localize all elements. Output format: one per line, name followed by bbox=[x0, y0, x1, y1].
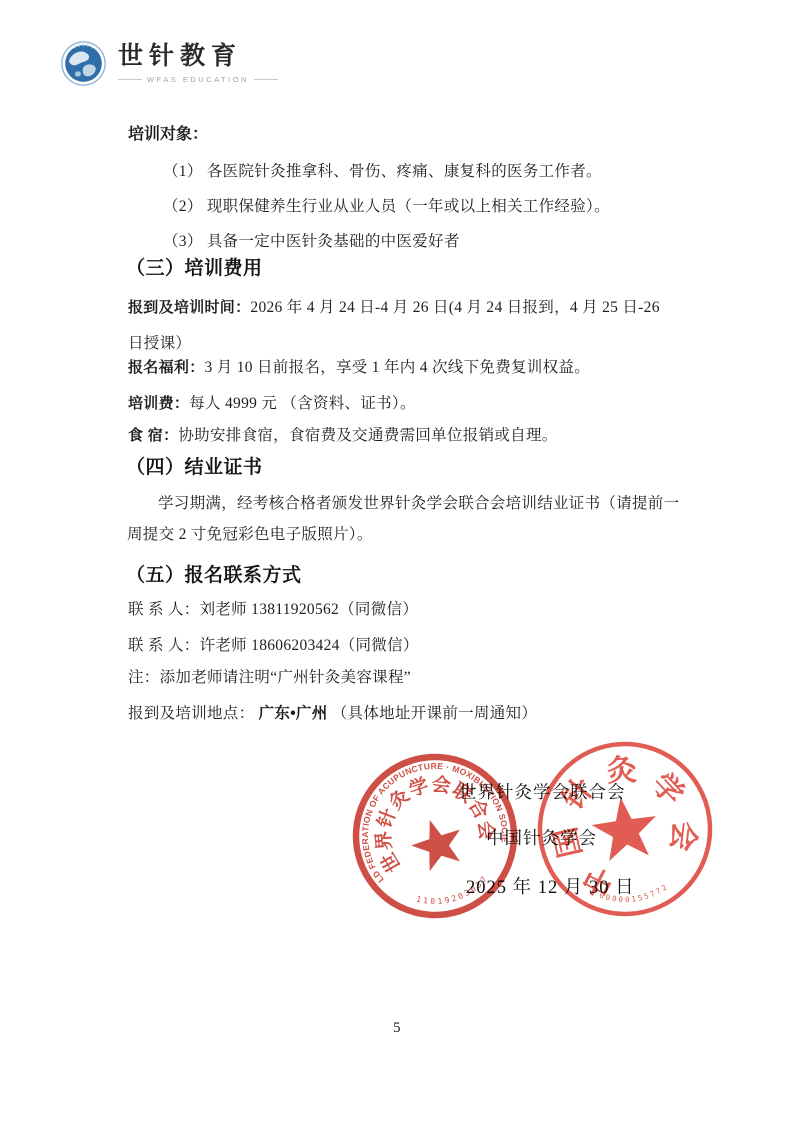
caam-char-5: 学 bbox=[645, 767, 690, 811]
time-label: 报到及培训时间： bbox=[128, 299, 250, 316]
time-text: 2026 年 4 月 24 日-4 月 26 日(4 月 24 日报到，4 月 … bbox=[250, 299, 659, 316]
wfas-stamp: WORLD FEDERATION OF ACUPUNCTURE · MOXIBU… bbox=[335, 736, 534, 935]
location-value: 广东•广州 bbox=[259, 705, 328, 722]
benefit-line: 报名福利：3 月 10 日前报名，享受 1 年内 4 次线下免费复训权益。 bbox=[128, 355, 590, 377]
location-line: 报到及培训地点： 广东•广州 （具体地址开课前一周通知） bbox=[128, 701, 537, 723]
star-icon bbox=[588, 793, 661, 863]
section3-heading: （三）培训费用 bbox=[126, 253, 263, 280]
time-line: 报到及培训时间：2026 年 4 月 24 日-4 月 26 日(4 月 24 … bbox=[128, 295, 660, 317]
time-line-2: 日授课） bbox=[128, 331, 191, 353]
logo-rule-left bbox=[118, 79, 142, 80]
logo-rule-right bbox=[254, 79, 278, 80]
contact-line-1: 联 系 人：刘老师 13811920562（同微信） bbox=[128, 597, 418, 619]
wfas-stamp-serial: 11019203037 bbox=[413, 871, 494, 914]
lodging-text: 协助安排食宿，食宿费及交通费需回单位报销或自理。 bbox=[178, 427, 557, 444]
caam-stamp: 中 国 针 灸 学 会 00000155772 bbox=[529, 733, 721, 925]
star-icon bbox=[405, 812, 469, 874]
fee-label: 培训费： bbox=[128, 395, 189, 412]
header-logo: 世针教育 WFAS EDUCATION bbox=[60, 40, 278, 87]
lodging-label: 食 宿： bbox=[128, 427, 178, 444]
fee-text: 每人 4999 元 （含资料、证书）。 bbox=[189, 395, 416, 412]
page-number: 5 bbox=[393, 1020, 401, 1037]
contact2-text: 许老师 18606203424（同微信） bbox=[200, 637, 419, 654]
section5-heading: （五）报名联系方式 bbox=[126, 560, 302, 587]
caam-char-3: 针 bbox=[556, 772, 600, 816]
benefit-label: 报名福利： bbox=[128, 359, 205, 376]
globe-logo-icon bbox=[60, 40, 107, 87]
caam-char-2: 国 bbox=[549, 824, 588, 861]
contact1-text: 刘老师 13811920562（同微信） bbox=[200, 601, 419, 618]
fee-line: 培训费：每人 4999 元 （含资料、证书）。 bbox=[128, 391, 416, 413]
note-line: 注：添加老师请注明“广州针灸美容课程” bbox=[128, 665, 411, 687]
certificate-line-2: 周提交 2 寸免冠彩色电子版照片）。 bbox=[127, 522, 373, 544]
contact-line-2: 联 系 人：许老师 18606203424（同微信） bbox=[128, 633, 419, 655]
official-stamps: WORLD FEDERATION OF ACUPUNCTURE · MOXIBU… bbox=[330, 726, 730, 938]
training-targets-label: 培训对象： bbox=[128, 121, 208, 144]
target-item-2: （2） 现职保健养生行业从业人员（一年或以上相关工作经验）。 bbox=[163, 194, 610, 216]
location-note: （具体地址开课前一周通知） bbox=[332, 705, 537, 722]
target-item-1: （1） 各医院针灸推拿科、骨伤、疼痛、康复科的医务工作者。 bbox=[163, 159, 602, 181]
certificate-line-1: 学习期满，经考核合格者颁发世界针灸学会联合会培训结业证书（请提前一 bbox=[158, 491, 679, 513]
section4-heading: （四）结业证书 bbox=[126, 452, 263, 479]
benefit-text: 3 月 10 日前报名，享受 1 年内 4 次线下免费复训权益。 bbox=[205, 359, 590, 376]
logo-subtitle: WFAS EDUCATION bbox=[147, 75, 249, 84]
contact1-label: 联 系 人： bbox=[128, 601, 200, 618]
location-label: 报到及培训地点： bbox=[128, 705, 254, 722]
caam-char-6: 会 bbox=[664, 819, 700, 853]
contact2-label: 联 系 人： bbox=[128, 637, 200, 654]
target-item-3: （3） 具备一定中医针灸基础的中医爱好者 bbox=[163, 229, 460, 251]
caam-char-4: 灸 bbox=[606, 754, 638, 789]
lodging-line: 食 宿：协助安排食宿，食宿费及交通费需回单位报销或自理。 bbox=[128, 423, 558, 445]
logo-title: 世针教育 bbox=[118, 44, 278, 69]
